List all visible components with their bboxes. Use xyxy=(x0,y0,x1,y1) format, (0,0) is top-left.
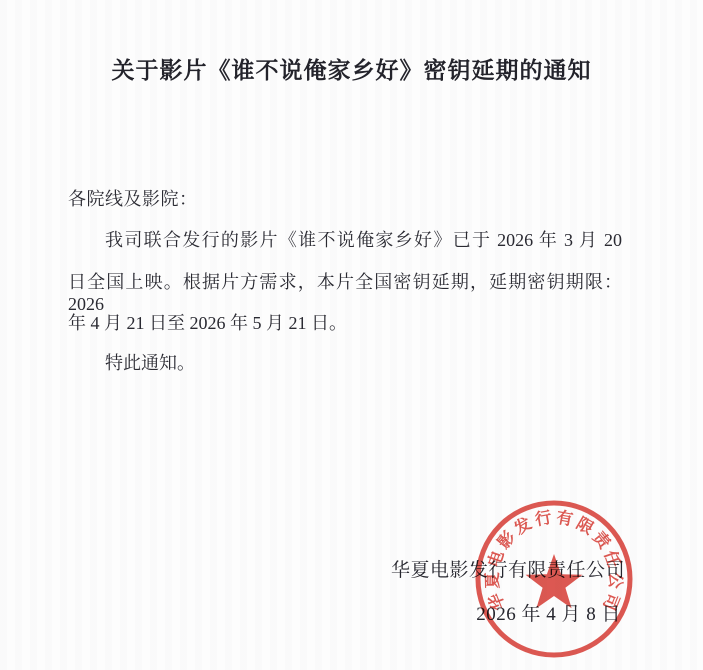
body-paragraph-line: 日全国上映。根据片方需求，本片全国密钥延期，延期密钥期限：2026 xyxy=(68,268,622,315)
closing-phrase: 特此通知。 xyxy=(68,349,659,375)
issuer-signature: 华夏电影发行有限责任公司 xyxy=(391,555,625,582)
scanned-notice-document: 关于影片《谁不说俺家乡好》密钥延期的通知 各院线及影院： 我司联合发行的影片《谁… xyxy=(0,0,703,670)
document-title: 关于影片《谁不说俺家乡好》密钥延期的通知 xyxy=(0,52,703,85)
salutation: 各院线及影院： xyxy=(68,185,622,211)
body-paragraph-line: 我司联合发行的影片《谁不说俺家乡好》已于 2026 年 3 月 20 xyxy=(68,226,622,252)
body-paragraph-line: 年 4 月 21 日至 2026 年 5 月 21 日。 xyxy=(68,309,622,335)
issue-date: 2026 年 4 月 8 日 xyxy=(476,599,621,626)
